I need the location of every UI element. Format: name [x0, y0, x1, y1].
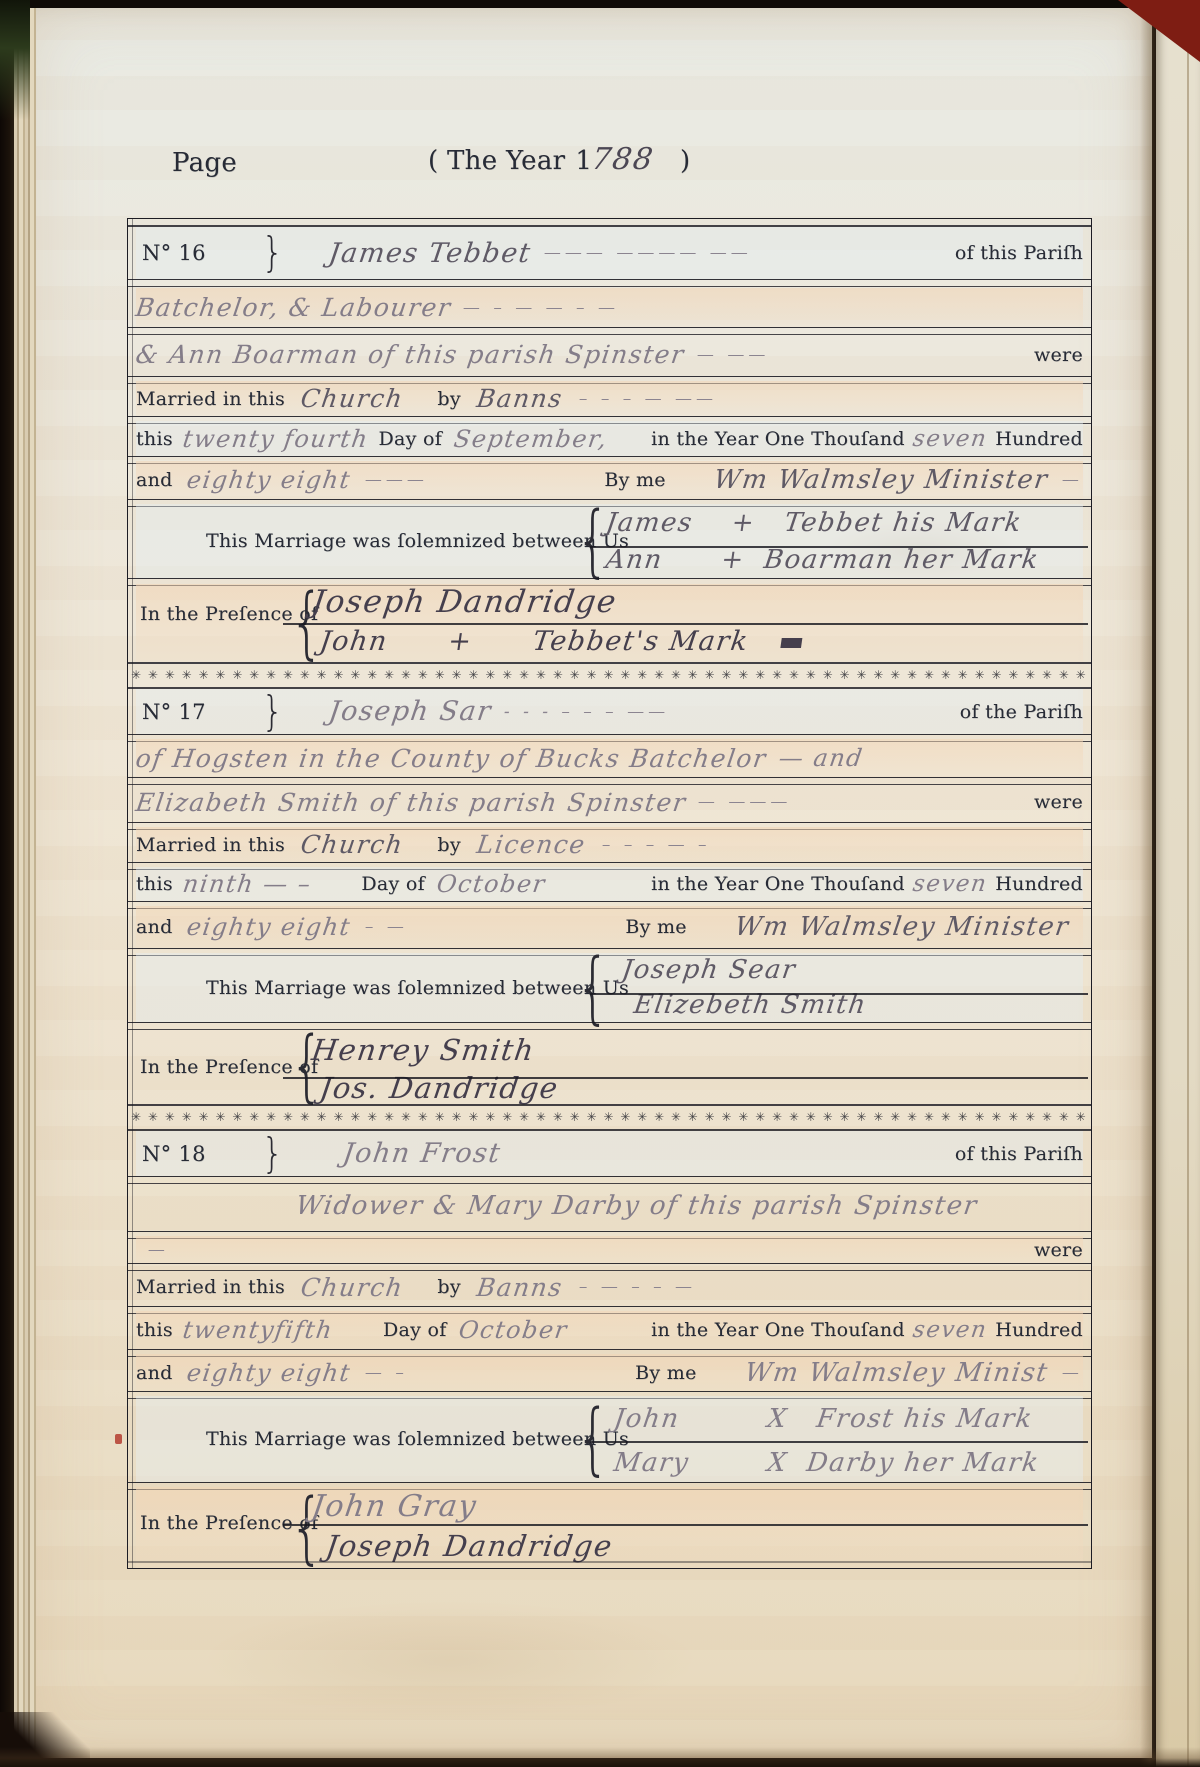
bride-signature: Mary X Darby her Mark — [612, 1448, 1042, 1478]
entry-18-title-row: N° 18 } John Frost of this Pariſh — [136, 1131, 1083, 1176]
and-label: and — [136, 1362, 173, 1384]
entry-brace-icon: } — [262, 1130, 284, 1178]
rule-line — [590, 1441, 1088, 1443]
this-label: this — [136, 873, 173, 895]
minister-signature: Wm Walmsley Minister — [733, 912, 1071, 942]
facing-page-line — [1187, 0, 1189, 1767]
day-of-label: Day of — [378, 428, 442, 450]
entry-number: N° 18 — [142, 1142, 206, 1166]
minister-signature: Wm Walmsley Minist — [743, 1358, 1051, 1388]
entry-18-condition-row: Widower & Mary Darby of this parish Spin… — [136, 1181, 1083, 1231]
entry-17-bride-row: Elizabeth Smith of this parish Spinster … — [136, 782, 1083, 822]
entry-18-byme-row: and eighty eight — – By me Wm Walmsley M… — [136, 1354, 1083, 1391]
day-text: twenty fourth — [181, 425, 370, 453]
entry-17-solemnized-row: This Marriage was ſolemnized between Us … — [136, 953, 1083, 1022]
red-margin-mark — [115, 1434, 122, 1444]
year-phrase-label: in the Year One Thouſand — [651, 873, 905, 895]
were-label: were — [1034, 791, 1083, 813]
decade-text: eighty eight — [185, 913, 353, 941]
witness-2-signature: John + Tebbet's Mark ▬ — [318, 626, 808, 657]
month-text: October — [457, 1316, 570, 1344]
bride-text: Elizabeth Smith of this parish Spinster — [134, 788, 688, 817]
flourish-dash: — — [1061, 470, 1085, 490]
married-label: Married in this — [136, 388, 285, 410]
month-text: September, — [452, 425, 610, 453]
page-number-heading: Page — [172, 148, 237, 178]
signature-brace-icon: { — [575, 949, 610, 1027]
solemnized-label: This Marriage was ſolemnized between Us — [206, 977, 629, 999]
flourish-dash: – — – – — — [577, 1277, 697, 1297]
method-text: Banns — [475, 1273, 565, 1302]
entry-number: N° 16 — [142, 241, 206, 265]
flourish-dash: – – – — —— — [577, 389, 718, 409]
flourish-dash: — – — [363, 1363, 409, 1383]
day-of-label: Day of — [361, 873, 425, 895]
entry-16-married-row: Married in this Church by Banns – – – — … — [136, 381, 1083, 416]
witness-1-signature: John Gray — [310, 1489, 480, 1524]
groom-name: John Frost — [341, 1138, 503, 1169]
by-me-label: By me — [625, 916, 687, 938]
minister-signature: Wm Walmsley Minister — [712, 465, 1050, 495]
flourish-dash: — —— — [695, 345, 770, 365]
bride-signature: Ann + Boarman her Mark — [604, 545, 1041, 575]
entry-18-bride-row: — were — [136, 1236, 1083, 1263]
witness-2-signature: Joseph Dandridge — [324, 1529, 616, 1563]
year-phrase-label: in the Year One Thouſand — [651, 428, 905, 450]
flourish-dash: — — [147, 1240, 171, 1260]
year-handwritten: 788 — [590, 142, 657, 177]
entry-17-title-row: N° 17 } Joseph Sar - - - – – – —— of the… — [136, 689, 1083, 734]
entry-17-condition-row: of Hogsten in the County of Bucks Batche… — [136, 739, 1083, 777]
by-label: by — [437, 388, 461, 410]
by-label: by — [437, 1276, 461, 1298]
rule-line — [590, 546, 1088, 548]
flourish-dash: — – — — – — — [462, 298, 621, 318]
groom-name: Joseph Sar — [327, 696, 494, 727]
rule-line — [283, 1077, 1088, 1079]
groom-signature: John X Frost his Mark — [612, 1404, 1035, 1434]
entry-16-title-row: N° 16 } James Tebbet ——— ———— —— of this… — [136, 227, 1083, 279]
this-label: this — [136, 428, 173, 450]
ornament-divider: ✳ ✳ ✳ ✳ ✳ ✳ ✳ ✳ ✳ ✳ ✳ ✳ ✳ ✳ ✳ ✳ ✳ ✳ ✳ ✳ … — [131, 1106, 1088, 1129]
place-text: Church — [299, 1273, 405, 1302]
facing-page-edge — [1156, 0, 1200, 1767]
hundred-label: Hundred — [995, 1319, 1083, 1341]
rule-line — [128, 1561, 1091, 1563]
and-label: and — [136, 916, 173, 938]
condition-text: Widower & Mary Darby of this parish Spin… — [294, 1191, 980, 1221]
page-label: Page — [172, 148, 237, 178]
bride-text: & Ann Boarman of this parish Spinster — [134, 340, 687, 369]
scan-bottom-edge — [0, 1747, 1200, 1767]
entry-18-witness-row: In the Preſence of { John Gray Joseph Da… — [136, 1487, 1083, 1568]
by-label: by — [437, 834, 461, 856]
and-label: and — [136, 469, 173, 491]
solemnized-label: This Marriage was ſolemnized between Us — [206, 530, 629, 552]
parish-label: of this Pariſh — [955, 1143, 1083, 1165]
witness-1-signature: Henrey Smith — [310, 1033, 538, 1067]
day-text: twentyfifth — [181, 1316, 335, 1344]
condition-suffix: — and — [777, 744, 865, 772]
century-text: seven — [911, 1317, 989, 1343]
rule-line — [283, 623, 1088, 625]
day-of-label: Day of — [383, 1319, 447, 1341]
flourish-dash: – — — [363, 917, 409, 937]
year-phrase-label: in the Year One Thouſand — [651, 1319, 905, 1341]
were-label: were — [1034, 344, 1083, 366]
by-me-label: By me — [635, 1362, 697, 1384]
entry-brace-icon: } — [262, 688, 284, 736]
parish-label: of the Pariſh — [960, 701, 1083, 723]
groom-signature: James + Tebbet his Mark — [604, 508, 1024, 538]
place-text: Church — [299, 830, 405, 859]
signature-brace-icon: { — [575, 1400, 610, 1478]
hundred-label: Hundred — [995, 873, 1083, 895]
cover-corner-top-left — [0, 0, 30, 120]
flourish-dash: ——— ———— —— — [542, 243, 753, 263]
entry-17-married-row: Married in this Church by Licence – – – … — [136, 827, 1083, 862]
scanned-register-page: Page ( The Year 1 788 ) N° 16 } James Te… — [0, 0, 1200, 1767]
this-label: this — [136, 1319, 173, 1341]
hundred-label: Hundred — [995, 428, 1083, 450]
rule-line — [283, 1524, 1088, 1526]
witness-1-signature: Joseph Dandridge — [309, 584, 619, 620]
flourish-dash: – – – — – — [600, 835, 711, 855]
cover-corner-top-right — [1118, 0, 1200, 62]
entry-18-married-row: Married in this Church by Banns – — – – … — [136, 1268, 1083, 1306]
method-text: Licence — [475, 830, 588, 859]
rule-line — [128, 279, 1091, 287]
entry-16-date-row: this twenty fourth Day of September, in … — [136, 421, 1083, 456]
day-text: ninth — – — [181, 870, 313, 898]
method-text: Banns — [475, 384, 565, 413]
place-text: Church — [299, 384, 405, 413]
entry-17-date-row: this ninth — – Day of October in the Yea… — [136, 867, 1083, 901]
scan-top-edge — [0, 0, 1200, 8]
entry-16-byme-row: and eighty eight ——— By me Wm Walmsley M… — [136, 461, 1083, 499]
entry-number: N° 17 — [142, 700, 206, 724]
flourish-dash: — — [1061, 1363, 1085, 1383]
marriage-register-table: N° 16 } James Tebbet ——— ———— —— of this… — [127, 218, 1092, 1569]
rule-line — [590, 993, 1088, 995]
married-label: Married in this — [136, 834, 285, 856]
page-stack-edges — [14, 0, 36, 1767]
decade-text: eighty eight — [185, 1359, 353, 1387]
entry-16-condition-row: Batchelor, & Labourer — – — — – — — [136, 288, 1083, 327]
month-text: October — [435, 870, 548, 898]
condition-text: of Hogsten in the County of Bucks Batche… — [134, 744, 769, 773]
decade-text: eighty eight — [185, 466, 353, 494]
entry-18-solemnized-row: This Marriage was ſolemnized between Us … — [136, 1396, 1083, 1482]
year-prefix: ( The Year — [428, 146, 565, 176]
year-heading: ( The Year 1 788 ) — [428, 142, 690, 177]
entry-16-solemnized-row: This Marriage was ſolemnized between Us … — [136, 504, 1083, 578]
parish-label: of this Pariſh — [955, 242, 1083, 264]
solemnized-label: This Marriage was ſolemnized between Us — [206, 1428, 629, 1450]
century-text: seven — [911, 871, 989, 897]
groom-signature: Joseph Sear — [620, 955, 798, 985]
century-text: seven — [911, 426, 989, 452]
entry-brace-icon: } — [262, 229, 284, 277]
entry-17-witness-row: In the Preſence of { Henrey Smith Jos. D… — [136, 1027, 1083, 1104]
flourish-dash: — ——— — [697, 792, 793, 812]
married-label: Married in this — [136, 1276, 285, 1298]
condition-text: Batchelor, & Labourer — [134, 293, 454, 322]
year-suffix: ) — [680, 146, 690, 176]
were-label: were — [1034, 1239, 1083, 1261]
flourish-dash: - - - – – – —— — [503, 702, 671, 722]
flourish-dash: ——— — [363, 470, 429, 490]
entry-18-date-row: this twentyfifth Day of October in the Y… — [136, 1311, 1083, 1349]
entry-16-bride-row: & Ann Boarman of this parish Spinster — … — [136, 333, 1083, 376]
ornament-divider: ✳ ✳ ✳ ✳ ✳ ✳ ✳ ✳ ✳ ✳ ✳ ✳ ✳ ✳ ✳ ✳ ✳ ✳ ✳ ✳ … — [131, 664, 1088, 687]
by-me-label: By me — [604, 469, 666, 491]
groom-name: James Tebbet — [327, 238, 534, 269]
